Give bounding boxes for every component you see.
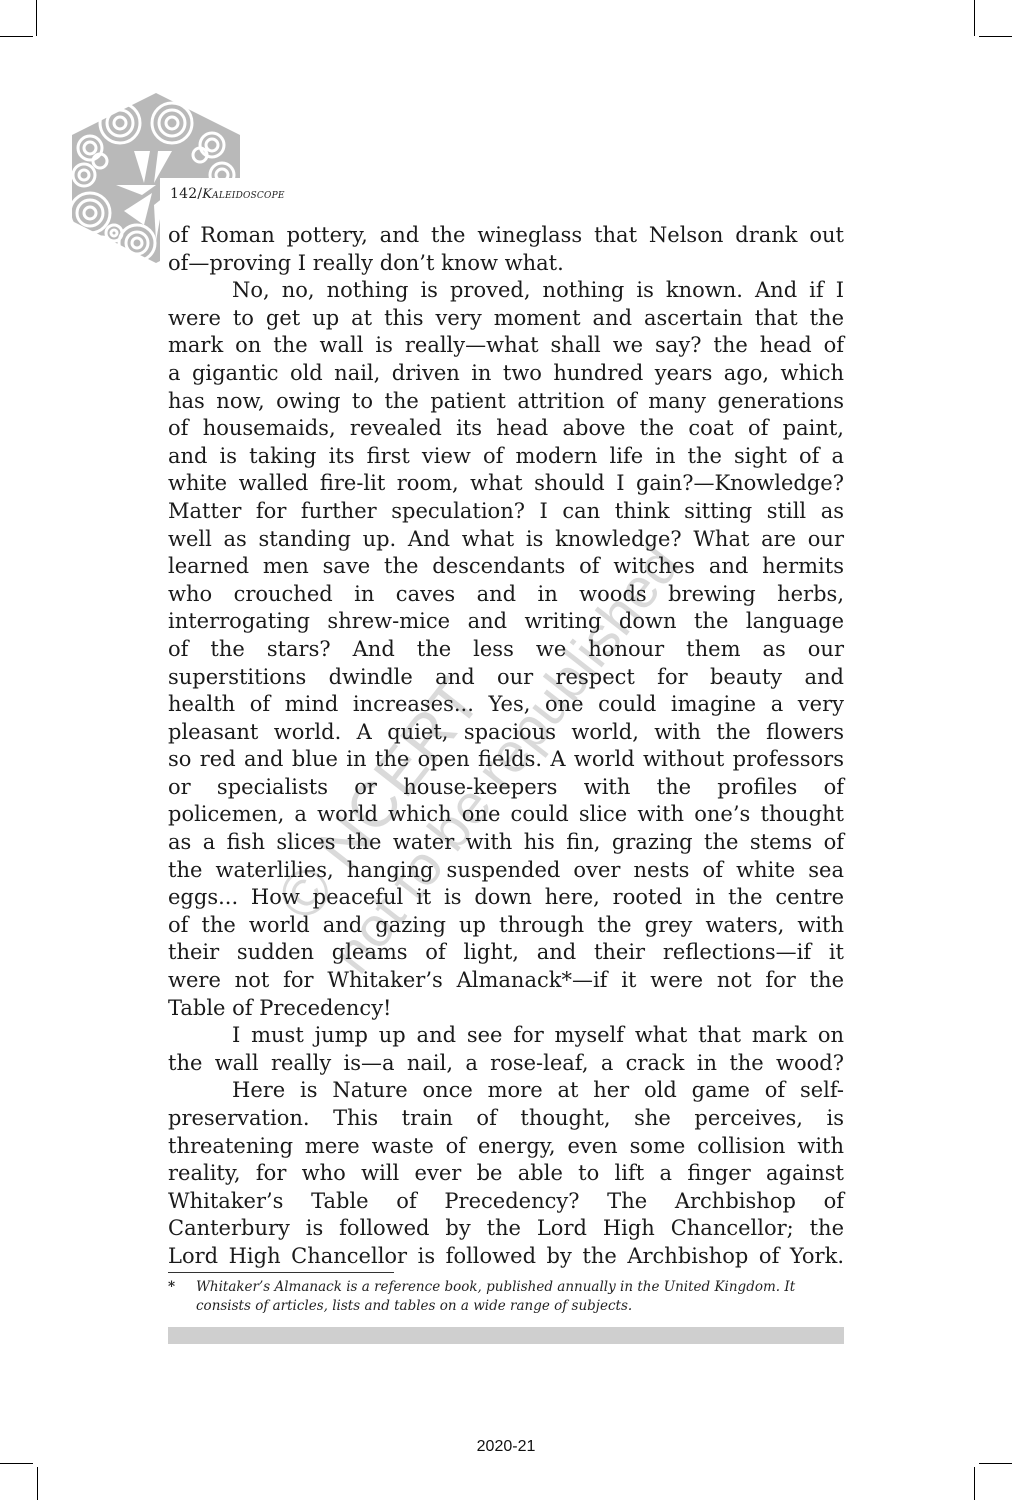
footnote-marker: *	[168, 1278, 175, 1297]
edition-year: 2020-21	[0, 1438, 1012, 1456]
text-line: the wall really is—a nail, a rose-leaf, …	[168, 1050, 844, 1078]
text-line: interrogating shrew-mice and writing dow…	[168, 608, 844, 636]
text-line: so red and blue in the open fields. A wo…	[168, 746, 844, 774]
decorative-gray-bar	[168, 1327, 844, 1344]
text-line: and is taking its first view of modern l…	[168, 443, 844, 471]
text-line: or specialists or house-keepers with the…	[168, 774, 844, 802]
text-line: Table of Precedency!	[168, 995, 844, 1023]
text-line: Canterbury is followed by the Lord High …	[168, 1215, 844, 1243]
crop-mark-bottom-right-h	[979, 1463, 1012, 1464]
text-line: of Roman pottery, and the wineglass that…	[168, 222, 844, 250]
crop-mark-bottom-left-h	[0, 1463, 33, 1464]
text-line: learned men save the descendants of witc…	[168, 553, 844, 581]
page-number: 142	[170, 186, 197, 202]
crop-mark-top-left-v	[36, 0, 37, 36]
text-line: policemen, a world which one could slice…	[168, 801, 844, 829]
crop-mark-top-left-h	[0, 36, 33, 37]
text-line: mark on the wall is really—what shall we…	[168, 332, 844, 360]
text-line: I must jump up and see for myself what t…	[168, 1022, 844, 1050]
text-line: were not for Whitaker’s Almanack*—if it …	[168, 967, 844, 995]
book-title: Kaleidoscope	[202, 187, 284, 202]
text-line: were to get up at this very moment and a…	[168, 305, 844, 333]
text-line: who crouched in caves and in woods brewi…	[168, 581, 844, 609]
running-head: 142/Kaleidoscope	[170, 186, 285, 202]
text-line: Matter for further speculation? I can th…	[168, 498, 844, 526]
text-line: their sudden gleams of light, and their …	[168, 939, 844, 967]
footnote: * Whitaker’s Almanack is a reference boo…	[168, 1278, 848, 1316]
body-text: of Roman pottery, and the wineglass that…	[168, 222, 844, 1271]
text-line: preservation. This train of thought, she…	[168, 1105, 844, 1133]
crop-mark-bottom-right-v	[974, 1467, 975, 1500]
text-line: of the world and gazing up through the g…	[168, 912, 844, 940]
text-line: of—proving I really don’t know what.	[168, 250, 844, 278]
text-line: No, no, nothing is proved, nothing is kn…	[168, 277, 844, 305]
text-line: as a fish slices the water with his fin,…	[168, 829, 844, 857]
text-line: pleasant world. A quiet, spacious world,…	[168, 719, 844, 747]
text-line: threatening mere waste of energy, even s…	[168, 1133, 844, 1161]
text-line: the waterlilies, hanging suspended over …	[168, 857, 844, 885]
crop-mark-top-right-h	[979, 36, 1012, 37]
text-line: Here is Nature once more at her old game…	[168, 1077, 844, 1105]
text-line: of housemaids, revealed its head above t…	[168, 415, 844, 443]
footnote-rule	[168, 1272, 394, 1273]
text-line: eggs... How peaceful it is down here, ro…	[168, 884, 844, 912]
text-line: Whitaker’s Table of Precedency? The Arch…	[168, 1188, 844, 1216]
footnote-text: Whitaker’s Almanack is a reference book,…	[168, 1278, 848, 1316]
text-line: superstitions dwindle and our respect fo…	[168, 664, 844, 692]
text-line: a gigantic old nail, driven in two hundr…	[168, 360, 844, 388]
text-line: white walled fire-lit room, what should …	[168, 470, 844, 498]
text-line: well as standing up. And what is knowled…	[168, 526, 844, 554]
text-line: health of mind increases... Yes, one cou…	[168, 691, 844, 719]
crop-mark-top-right-v	[974, 0, 975, 36]
text-line: reality, for who will ever be able to li…	[168, 1160, 844, 1188]
text-line: Lord High Chancellor is followed by the …	[168, 1243, 844, 1271]
crop-mark-bottom-left-v	[37, 1467, 38, 1500]
text-line: of the stars? And the less we honour the…	[168, 636, 844, 664]
text-line: has now, owing to the patient attrition …	[168, 388, 844, 416]
